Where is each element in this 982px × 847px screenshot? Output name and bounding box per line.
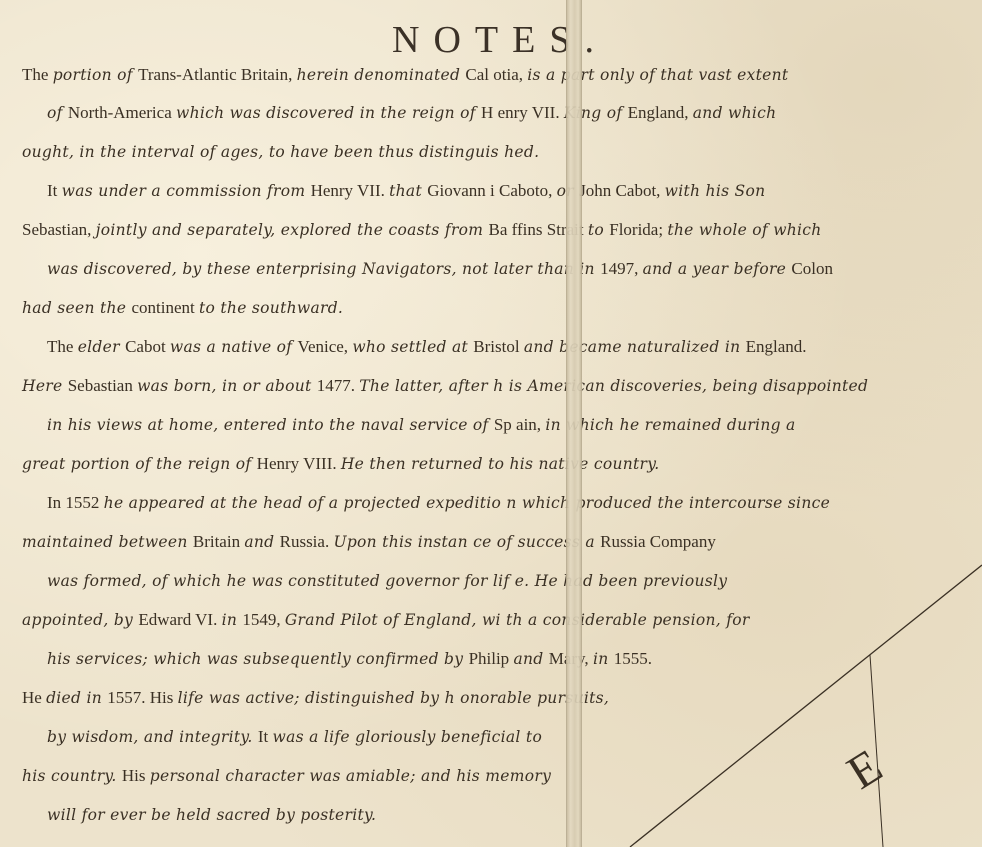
- paper-fold-strip: [566, 0, 582, 847]
- document-page: NOTES. The portion of Trans-Atlantic Bri…: [0, 0, 982, 847]
- map-border-lines: [0, 0, 982, 847]
